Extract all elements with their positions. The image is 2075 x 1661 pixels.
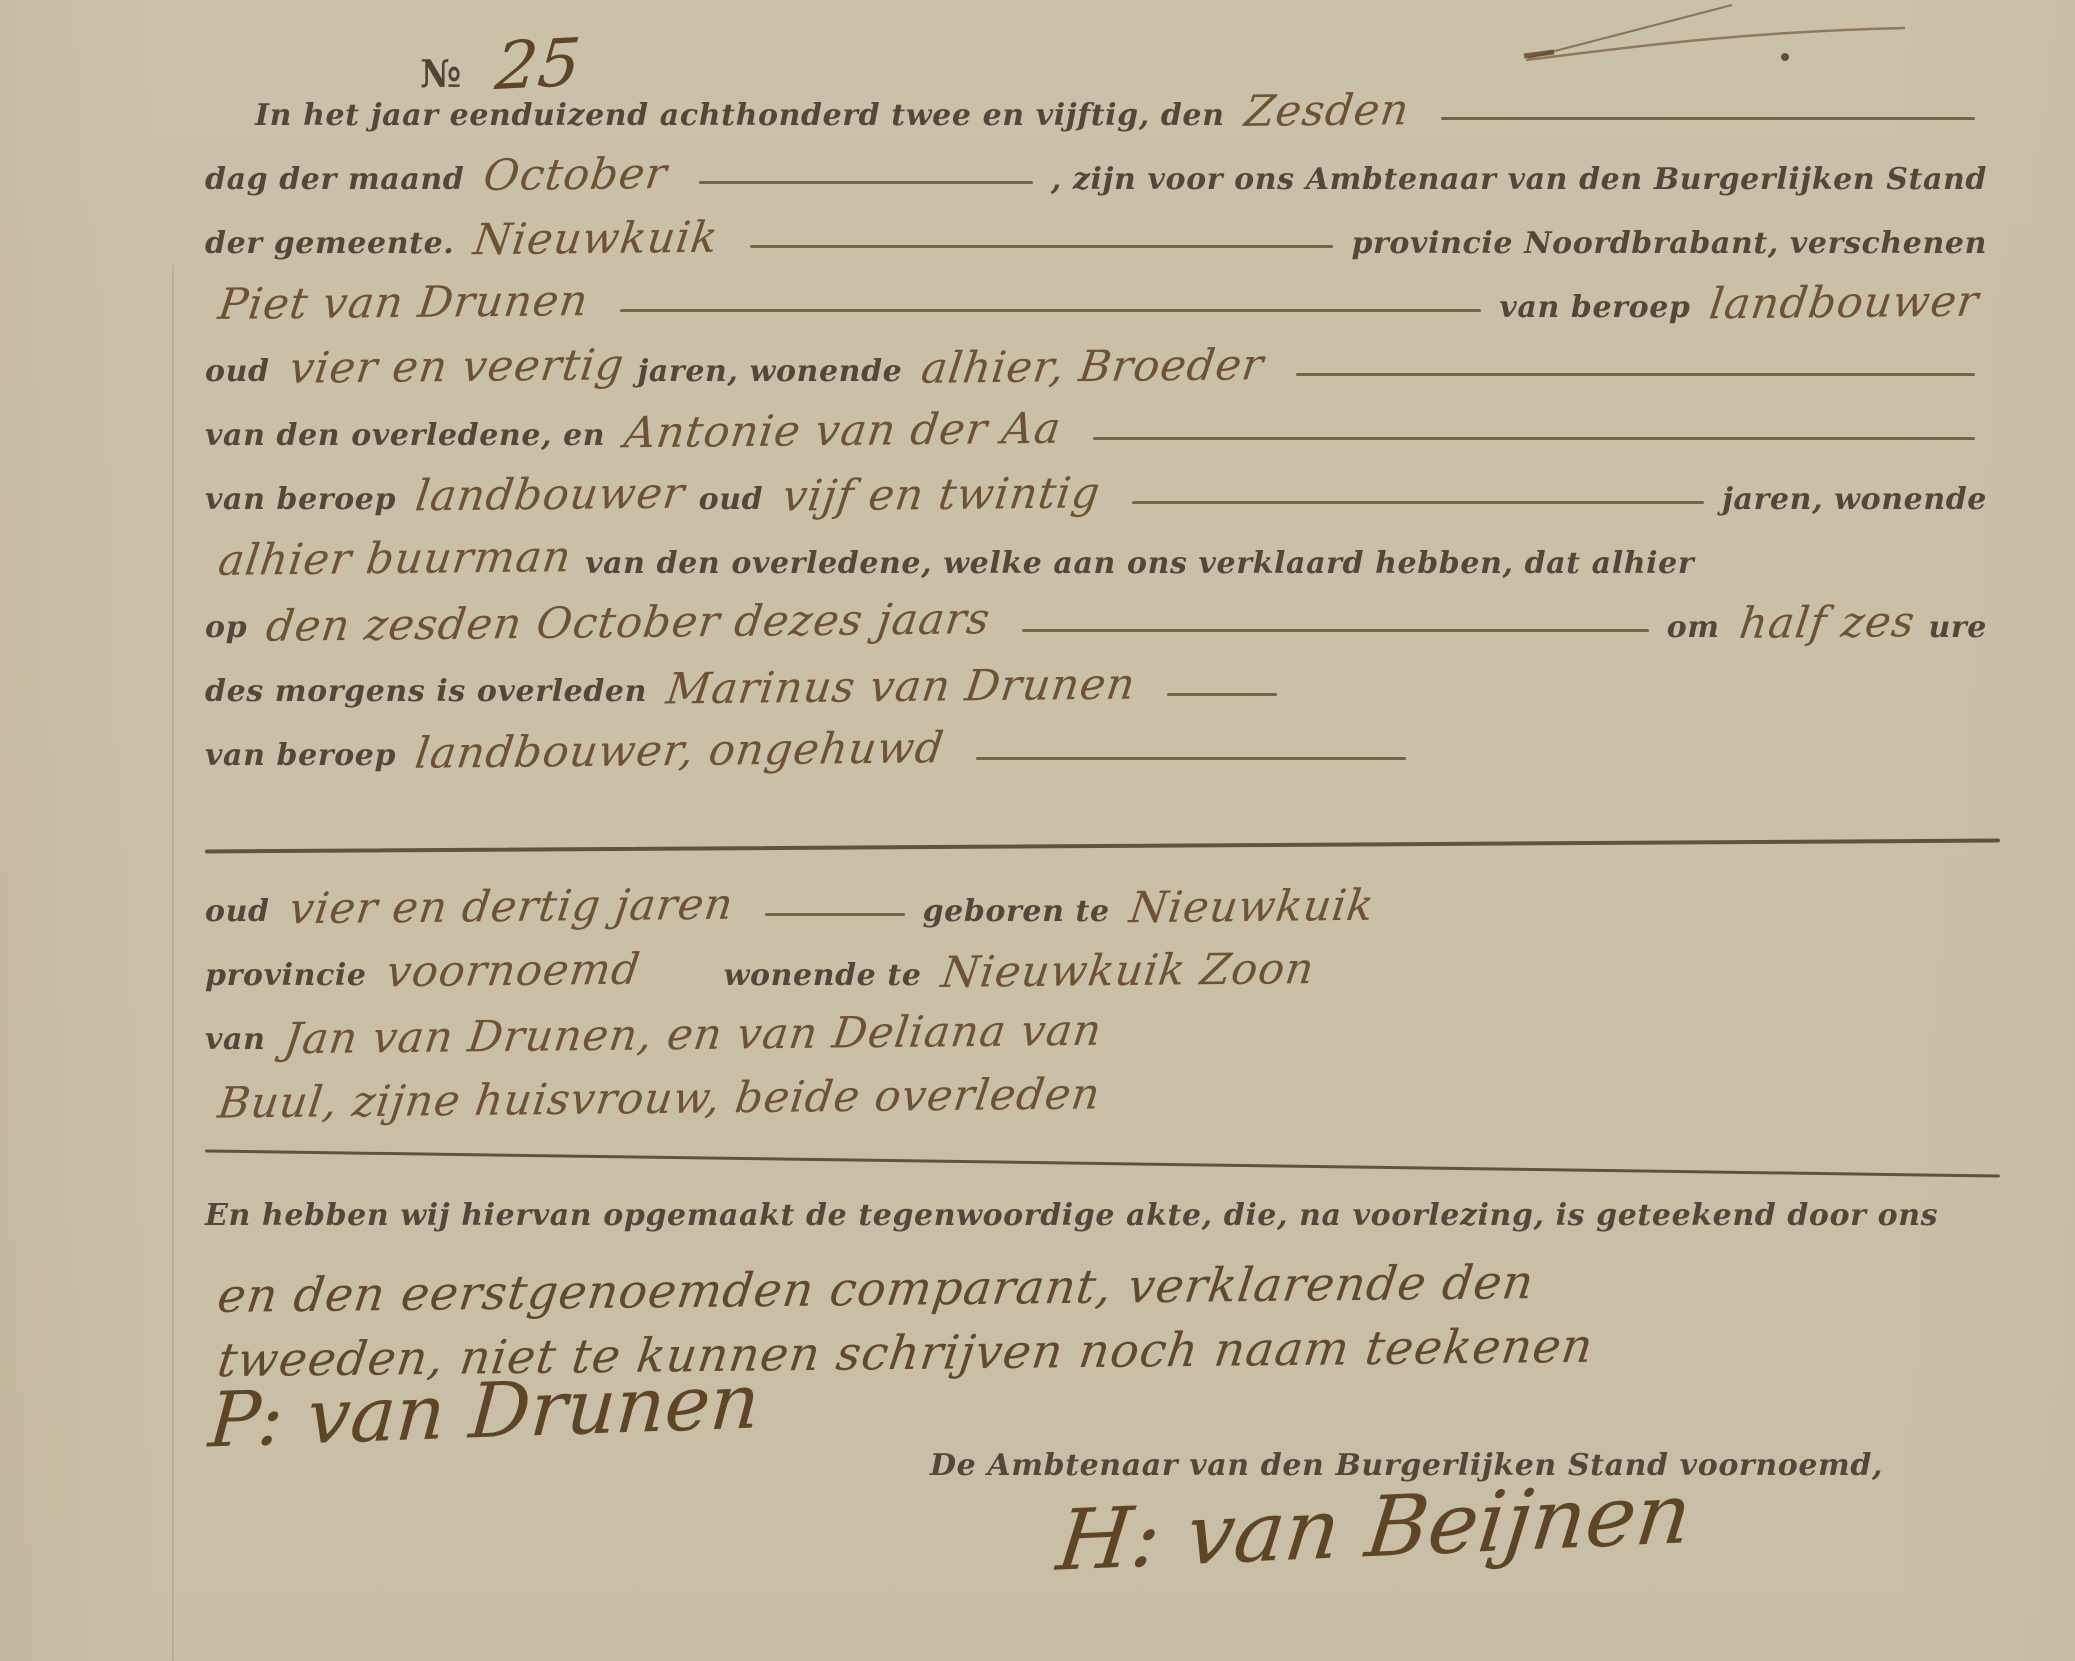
printed-text: om <box>1667 610 1720 645</box>
record-line: provincievoornoemdwonende teNieuwkuik Zo… <box>205 946 1993 1010</box>
printed-text: dag der maand <box>205 162 464 197</box>
record-line: vanJan van Drunen, en van Deliana van <box>205 1010 1993 1074</box>
printed-text: des morgens is overleden <box>205 674 647 709</box>
printed-text: van den overledene, welke aan ons verkla… <box>585 546 1694 581</box>
handwritten-text: Antonie van der Aa <box>622 404 1065 459</box>
handwritten-text: landbouwer, ongehuwd <box>412 723 947 779</box>
printed-text: , zijn voor ons Ambtenaar van den Burger… <box>1051 162 1987 197</box>
handwritten-text: landbouwer <box>413 469 688 522</box>
printed-text: provincie Noordbrabant, verschenen <box>1351 226 1987 261</box>
printed-text: jaren, wonende <box>637 354 902 389</box>
dash-filler <box>1167 693 1277 696</box>
record-line: van den overledene, enAntonie van der Aa <box>205 406 1993 470</box>
dash-filler <box>1441 117 1975 120</box>
dash-filler <box>1093 437 1975 440</box>
record-text-section-closing: En hebben wij hiervan opgemaakt de tegen… <box>205 1198 1993 1390</box>
record-line: alhier buurmanvan den overledene, welke … <box>205 534 1993 598</box>
handwritten-text: Zesden <box>1241 85 1412 137</box>
printed-text: jaren, wonende <box>1722 482 1987 517</box>
handwritten-text: Nieuwkuik <box>1126 881 1377 934</box>
record-line: oudvier en dertig jarengeboren teNieuwku… <box>205 882 1993 946</box>
handwritten-text: alhier buurman <box>215 532 574 586</box>
record-line: der gemeente.Nieuwkuikprovincie Noordbra… <box>205 214 1993 278</box>
record-line: oudvier en veertigjaren, wonendealhier, … <box>205 342 1993 406</box>
record-line: des morgens is overledenMarinus van Drun… <box>205 662 1993 726</box>
handwritten-text: voornoemd <box>383 945 643 998</box>
printed-text: van <box>205 1022 265 1057</box>
printed-text: ure <box>1928 610 1987 645</box>
handwritten-text: Nieuwkuik <box>471 213 722 266</box>
printed-text: oud <box>205 354 270 389</box>
handwritten-text: Nieuwkuik Zoon <box>938 944 1317 998</box>
printed-text: der gemeente. <box>205 226 454 261</box>
handwritten-text: vijf en twintig <box>780 468 1104 521</box>
handwritten-text: vier en veertig <box>286 340 627 393</box>
record-line: dag der maandOctober, zijn voor ons Ambt… <box>205 150 1993 214</box>
dash-filler <box>765 913 905 916</box>
handwritten-text: alhier, Broeder <box>919 340 1267 394</box>
printed-text: oud <box>205 894 270 929</box>
record-line: opden zesden October dezes jaarsomhalf z… <box>205 598 1993 662</box>
handwritten-text: Jan van Drunen, en van Deliana van <box>282 1006 1106 1065</box>
declarant-signature: P: van Drunen <box>206 1356 763 1464</box>
dash-filler <box>1132 501 1704 504</box>
dash-filler <box>1296 373 1975 376</box>
section-divider-line-1 <box>205 839 2000 854</box>
printed-text: van beroep <box>1499 290 1690 325</box>
dash-filler <box>1022 629 1649 632</box>
printed-text: geboren te <box>923 894 1110 929</box>
dash-filler <box>620 309 1481 312</box>
dash-filler <box>750 245 1333 248</box>
record-text-section-details: oudvier en dertig jarengeboren teNieuwku… <box>205 882 1993 1138</box>
record-line: In het jaar eenduizend achthonderd twee … <box>205 86 1993 150</box>
handwritten-text: vier en dertig jaren <box>286 880 736 935</box>
printed-text: provincie <box>205 958 367 993</box>
pen-flourish-mark <box>1500 0 1930 80</box>
dash-filler <box>699 181 1032 184</box>
record-line: van beroeplandbouweroudvijf en twintigja… <box>205 470 1993 534</box>
death-record-document: № 25 In het jaar eenduizend achthonderd … <box>0 0 2075 1661</box>
printed-text: oud <box>699 482 764 517</box>
printed-text: wonende te <box>724 958 922 993</box>
handwritten-text: Marinus van Drunen <box>663 660 1138 715</box>
handwritten-text: October <box>481 149 671 201</box>
printed-text: En hebben wij hiervan opgemaakt de tegen… <box>205 1198 1938 1233</box>
handwritten-text: landbouwer <box>1707 277 1982 330</box>
handwritten-text: half zes <box>1736 597 1918 649</box>
record-line: En hebben wij hiervan opgemaakt de tegen… <box>205 1198 1993 1262</box>
dash-filler <box>976 757 1406 760</box>
handwritten-text: den zesden October dezes jaars <box>263 594 993 652</box>
printed-text: van den overledene, en <box>205 418 605 453</box>
handwritten-text: Buul, zijne huisvrouw, beide overleden <box>215 1069 1103 1128</box>
record-line: Piet van Drunenvan beroeplandbouwer <box>205 278 1993 342</box>
official-signature: H: van Beijnen <box>1053 1464 1697 1589</box>
paper-crease-line <box>172 265 174 1661</box>
handwritten-text: Piet van Drunen <box>215 276 591 330</box>
printed-text: op <box>205 610 247 645</box>
ink-dot <box>1781 53 1789 61</box>
record-line: en den eerstgenoemden comparant, verklar… <box>205 1262 1993 1326</box>
section-divider-line-2 <box>205 1149 2000 1177</box>
record-line: van beroeplandbouwer, ongehuwd <box>205 726 1993 790</box>
record-line: Buul, zijne huisvrouw, beide overleden <box>205 1074 1993 1138</box>
handwritten-text: en den eerstgenoemden comparant, verklar… <box>214 1255 1537 1324</box>
record-text-section-intro: In het jaar eenduizend achthonderd twee … <box>205 86 1993 790</box>
printed-text: In het jaar eenduizend achthonderd twee … <box>255 98 1225 133</box>
printed-text: van beroep <box>205 482 396 517</box>
printed-text: van beroep <box>205 738 396 773</box>
